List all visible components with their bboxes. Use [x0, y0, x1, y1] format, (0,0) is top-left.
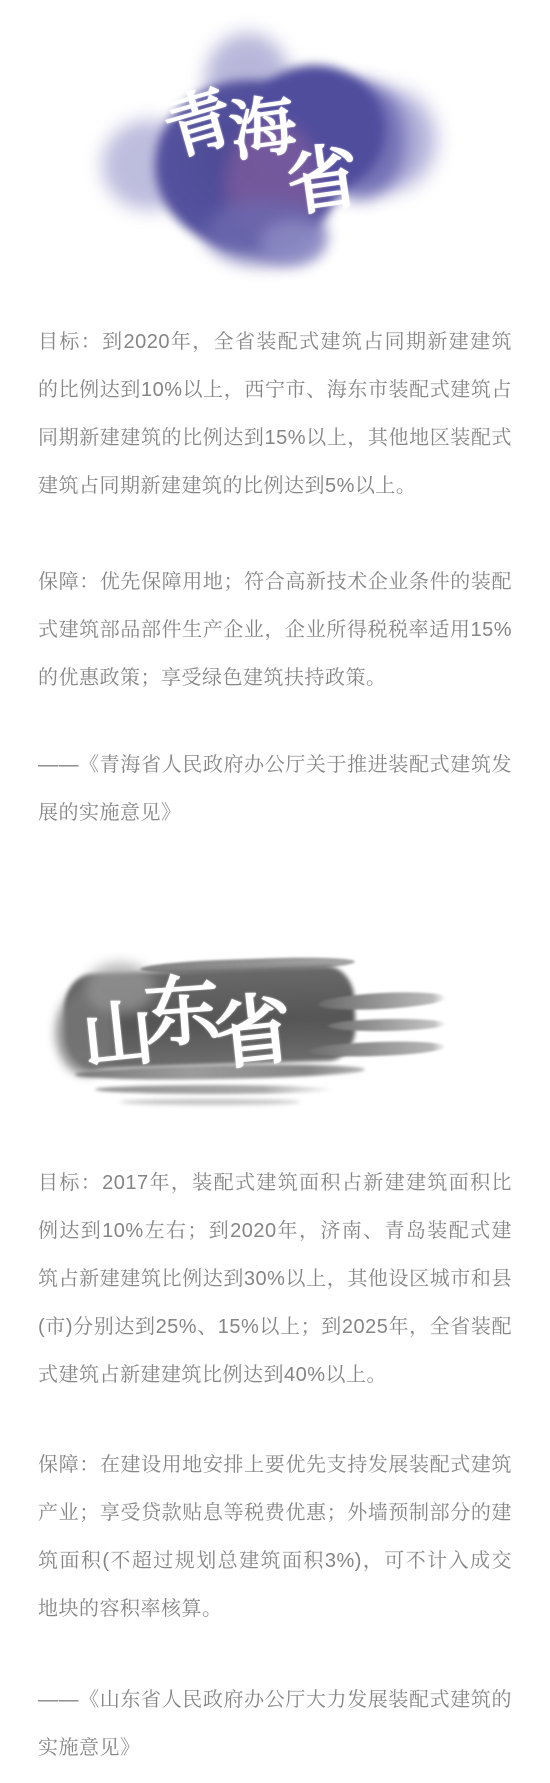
ink-stroke — [95, 1085, 335, 1094]
qinghai-watercolor-art: 青 海 省 — [110, 35, 420, 265]
shandong-guarantee-paragraph: 保障：在建设用地安排上要优先支持发展装配式建筑产业；享受贷款贴息等税费优惠；外墙… — [38, 1441, 512, 1633]
ink-stroke — [120, 1099, 300, 1105]
qinghai-goal-paragraph: 目标：到2020年，全省装配式建筑占同期新建建筑的比例达到10%以上，西宁市、海… — [38, 318, 512, 510]
watercolor-blob — [260, 220, 325, 265]
shandong-citation: ——《山东省人民政府办公厅大力发展装配式建筑的实施意见》 — [38, 1676, 512, 1772]
shandong-ink-brush-art: 山 东 省 — [50, 945, 450, 1120]
calligraphy-char-dong: 东 — [141, 972, 222, 1053]
calligraphy-char-sheng: 省 — [282, 140, 363, 221]
qinghai-citation: ——《青海省人民政府办公厅关于推进装配式建筑发展的实施意见》 — [38, 741, 512, 837]
qinghai-guarantee-paragraph: 保障：优先保障用地；符合高新技术企业条件的装配式建筑部品部件生产企业，企业所得税… — [38, 558, 512, 702]
shandong-goal-paragraph: 目标：2017年，装配式建筑面积占新建建筑面积比例达到10%左右；到2020年，… — [38, 1159, 512, 1399]
article-page: 青 海 省 目标：到2020年，全省装配式建筑占同期新建建筑的比例达到10%以上… — [0, 0, 550, 1783]
calligraphy-char-sheng: 省 — [210, 989, 296, 1075]
